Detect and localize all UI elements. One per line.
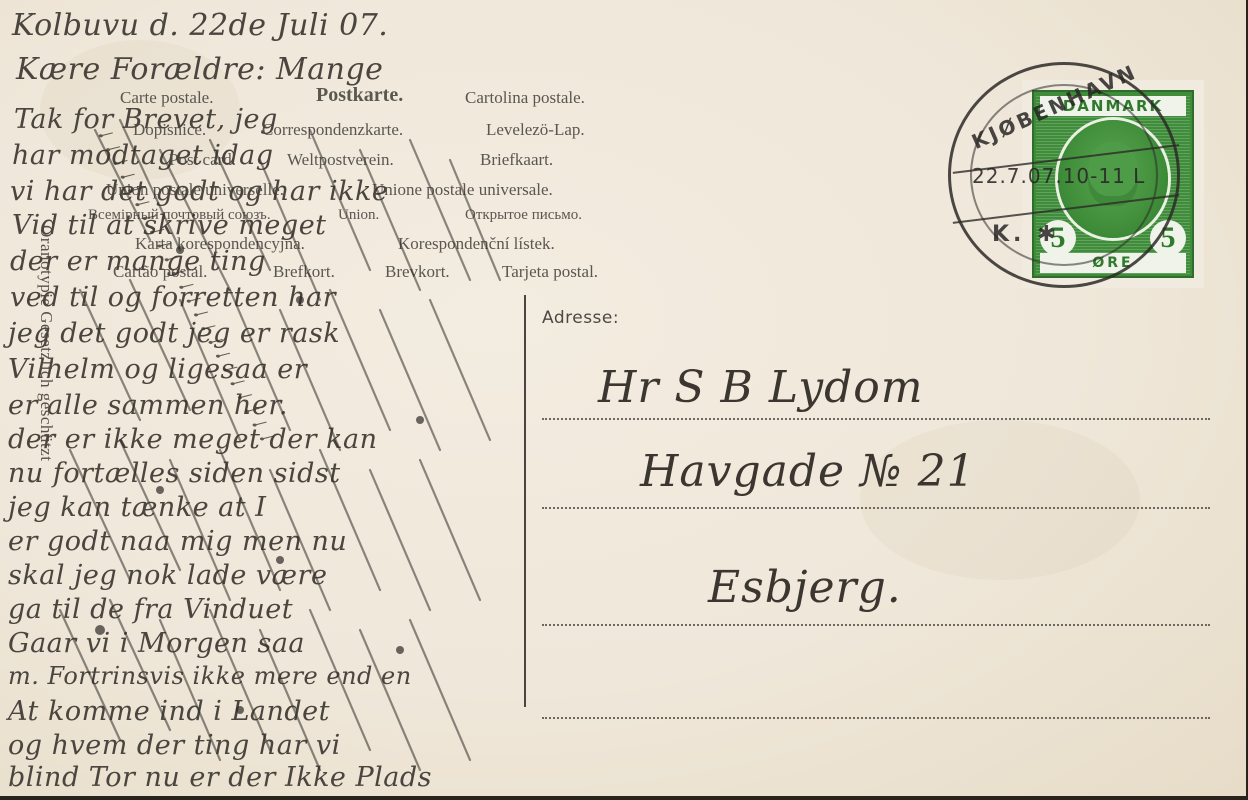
vertical-divider (524, 295, 526, 707)
address-line-city: Esbjerg. (708, 562, 902, 613)
postmark-date: 22.7.07.10-11 L (972, 164, 1145, 188)
address-label: Adresse: (542, 308, 619, 328)
cross-writing-strokes (0, 90, 525, 796)
address-dotted-line (542, 624, 1210, 626)
address-line-street: Havgade № 21 (640, 446, 976, 497)
postmark-office: K. ✱ (992, 222, 1060, 247)
postmark: KJØBENHAVN 22.7.07.10-11 L K. ✱ (948, 62, 1180, 288)
message-date-line: Kolbuvu d. 22de Juli 07. (12, 8, 388, 43)
postcard: Carte postale. Postkarte. Cartolina post… (0, 0, 1246, 796)
address-line-name: Hr S B Lydom (598, 362, 924, 413)
message-salutation: Kære Forældre: Mange (16, 52, 383, 87)
address-dotted-line (542, 418, 1210, 420)
paper-stain (860, 420, 1140, 580)
address-dotted-line (542, 507, 1210, 509)
address-dotted-line (542, 717, 1210, 719)
